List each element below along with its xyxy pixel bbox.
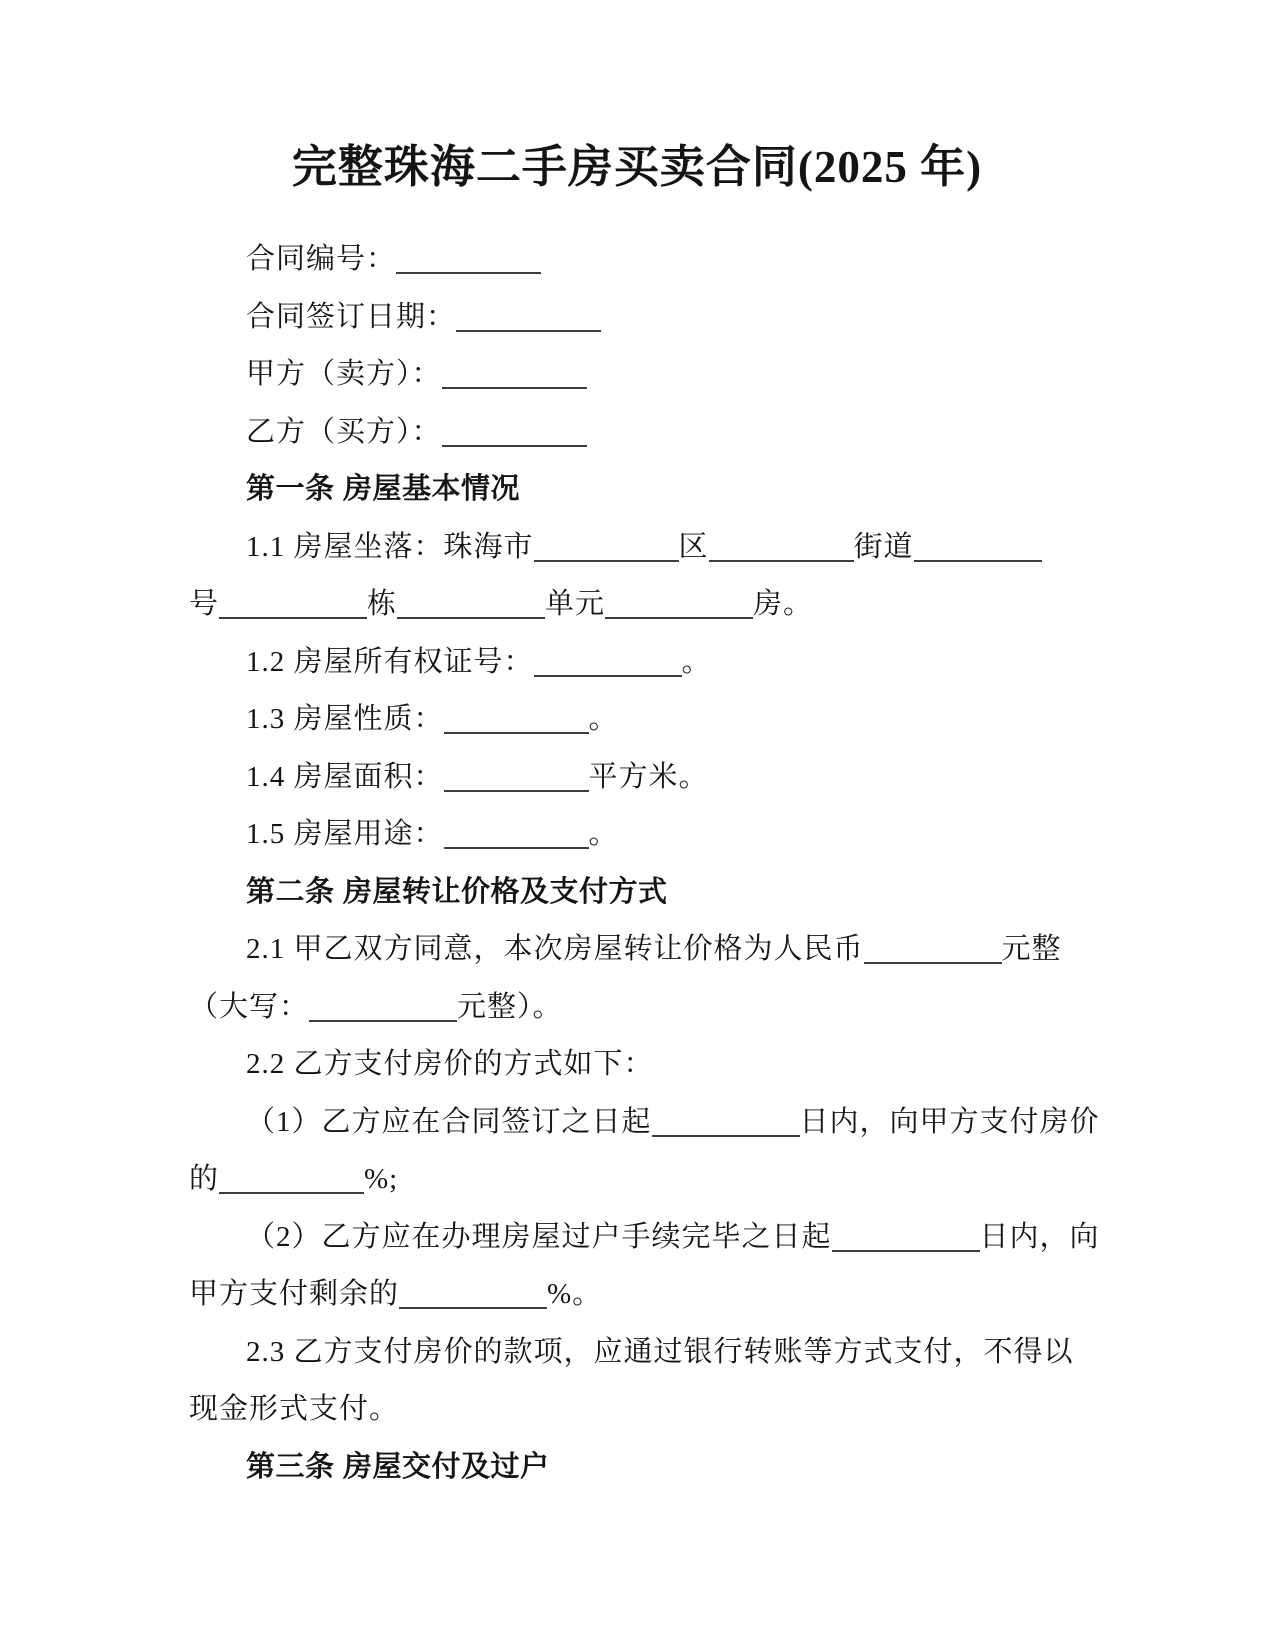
blank-field xyxy=(444,704,589,734)
text-segment: 日内，向 xyxy=(980,1221,1100,1253)
text-segment: 。 xyxy=(589,703,619,735)
text-segment: %。 xyxy=(547,1278,602,1310)
document-page: 完整珠海二手房买卖合同(2025 年) 合同编号：合同签订日期：甲方（卖方）：乙… xyxy=(0,0,1275,1650)
document-line: 号栋单元房。 xyxy=(189,576,1085,634)
blank-field xyxy=(219,1164,364,1194)
text-segment: 第一条 房屋基本情况 xyxy=(246,473,520,505)
document-title: 完整珠海二手房买卖合同(2025 年) xyxy=(189,132,1085,202)
document-line: 1.2 房屋所有权证号：。 xyxy=(189,634,1085,692)
text-segment: 合同编号： xyxy=(246,243,396,275)
text-segment: 的 xyxy=(189,1163,219,1195)
blank-field xyxy=(396,244,541,274)
document-line: 甲方（卖方）： xyxy=(189,346,1085,404)
blank-field xyxy=(709,532,854,562)
text-segment: 元整 xyxy=(1002,933,1062,965)
text-segment: 单元 xyxy=(545,588,605,620)
document-line: 1.5 房屋用途：。 xyxy=(189,806,1085,864)
document-line: （1）乙方应在合同签订之日起日内，向甲方支付房价 xyxy=(189,1094,1085,1152)
text-segment: 1.1 房屋坐落：珠海市 xyxy=(246,531,534,563)
document-line: 甲方支付剩余的%。 xyxy=(189,1266,1085,1324)
blank-field xyxy=(914,532,1042,562)
document-line: 合同编号： xyxy=(189,231,1085,289)
text-segment: 日内，向甲方支付房价 xyxy=(800,1106,1100,1138)
document-line: 2.2 乙方支付房价的方式如下： xyxy=(189,1036,1085,1094)
document-line: 2.1 甲乙双方同意，本次房屋转让价格为人民币元整 xyxy=(189,921,1085,979)
text-segment: （大写： xyxy=(189,991,309,1023)
text-segment: 合同签订日期： xyxy=(246,301,456,333)
blank-field xyxy=(397,589,545,619)
document-line: （2）乙方应在办理房屋过户手续完毕之日起日内，向 xyxy=(189,1209,1085,1267)
blank-field xyxy=(444,819,589,849)
section-heading: 第三条 房屋交付及过户 xyxy=(189,1439,1085,1497)
blank-field xyxy=(442,359,587,389)
document-body: 合同编号：合同签订日期：甲方（卖方）：乙方（买方）：第一条 房屋基本情况1.1 … xyxy=(189,231,1085,1496)
blank-field xyxy=(652,1107,800,1137)
section-heading: 第一条 房屋基本情况 xyxy=(189,461,1085,519)
blank-field xyxy=(219,589,367,619)
document-line: 现金形式支付。 xyxy=(189,1381,1085,1439)
text-segment: 街道 xyxy=(854,531,914,563)
document-line: 1.1 房屋坐落：珠海市区街道 xyxy=(189,519,1085,577)
text-segment: %; xyxy=(364,1163,398,1195)
text-segment: 1.5 房屋用途： xyxy=(246,818,444,850)
text-segment: 栋 xyxy=(367,588,397,620)
document-line: 1.4 房屋面积：平方米。 xyxy=(189,749,1085,807)
blank-field xyxy=(442,417,587,447)
text-segment: 号 xyxy=(189,588,219,620)
blank-field xyxy=(832,1222,980,1252)
text-segment: 1.2 房屋所有权证号： xyxy=(246,646,534,678)
blank-field xyxy=(534,532,679,562)
text-segment: 。 xyxy=(589,818,619,850)
text-segment: 1.3 房屋性质： xyxy=(246,703,444,735)
document-line: 乙方（买方）： xyxy=(189,404,1085,462)
blank-field xyxy=(864,934,1002,964)
text-segment: （2）乙方应在办理房屋过户手续完毕之日起 xyxy=(246,1221,832,1253)
text-segment: 区 xyxy=(679,531,709,563)
text-segment: 。 xyxy=(682,646,712,678)
text-segment: 现金形式支付。 xyxy=(189,1393,399,1425)
blank-field xyxy=(399,1279,547,1309)
document-line: （大写：元整）。 xyxy=(189,979,1085,1037)
text-segment: 1.4 房屋面积： xyxy=(246,761,444,793)
text-segment: 乙方（买方）： xyxy=(246,416,442,448)
document-line: 1.3 房屋性质：。 xyxy=(189,691,1085,749)
text-segment: 甲方支付剩余的 xyxy=(189,1278,399,1310)
document-line: 2.3 乙方支付房价的款项，应通过银行转账等方式支付，不得以 xyxy=(189,1324,1085,1382)
blank-field xyxy=(456,302,601,332)
text-segment: 第二条 房屋转让价格及支付方式 xyxy=(246,876,668,908)
document-line: 的%; xyxy=(189,1151,1085,1209)
blank-field xyxy=(534,647,682,677)
text-segment: 房。 xyxy=(753,588,813,620)
blank-field xyxy=(444,762,589,792)
text-segment: （1）乙方应在合同签订之日起 xyxy=(246,1106,652,1138)
text-segment: 甲方（卖方）： xyxy=(246,358,442,390)
text-segment: 2.2 乙方支付房价的方式如下： xyxy=(246,1048,654,1080)
text-segment: 平方米。 xyxy=(589,761,709,793)
blank-field xyxy=(309,992,457,1022)
document-line: 合同签订日期： xyxy=(189,289,1085,347)
section-heading: 第二条 房屋转让价格及支付方式 xyxy=(189,864,1085,922)
blank-field xyxy=(605,589,753,619)
text-segment: 2.1 甲乙双方同意，本次房屋转让价格为人民币 xyxy=(246,933,864,965)
text-segment: 2.3 乙方支付房价的款项，应通过银行转账等方式支付，不得以 xyxy=(246,1336,1074,1368)
text-segment: 第三条 房屋交付及过户 xyxy=(246,1451,550,1483)
text-segment: 元整）。 xyxy=(457,991,563,1023)
